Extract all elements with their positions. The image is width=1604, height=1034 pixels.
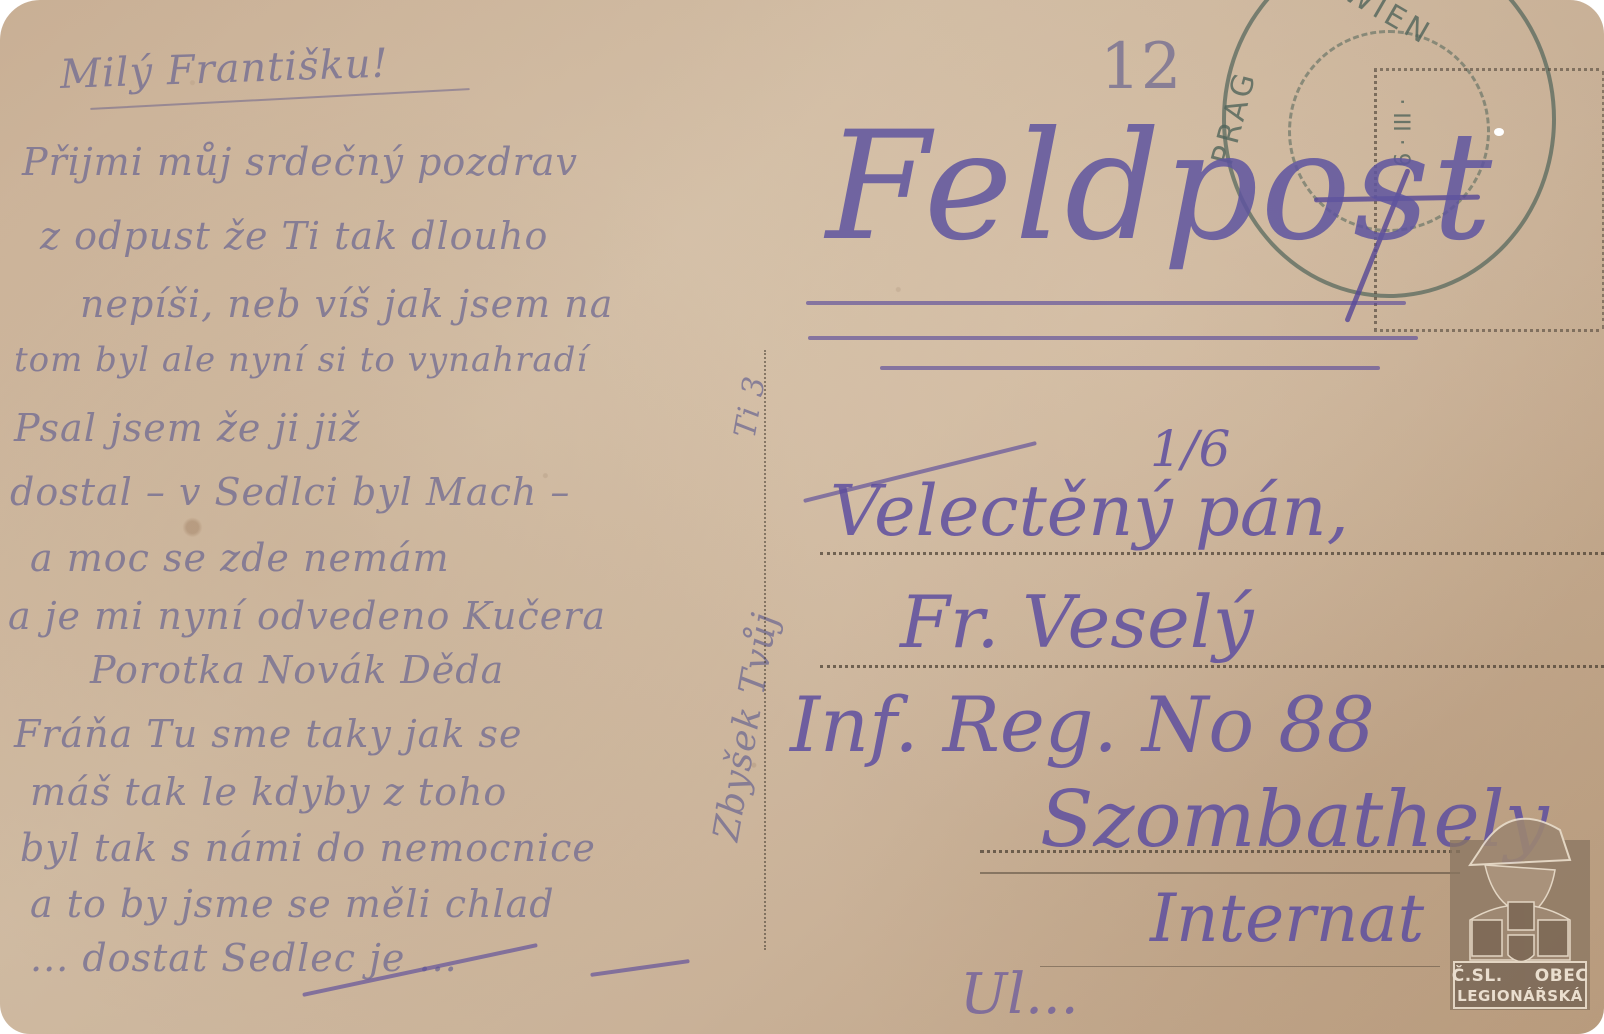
- message-salutation: Milý Františku!: [59, 41, 389, 98]
- postcard: Milý Františku! Přijmi můj srdečný pozdr…: [0, 0, 1604, 1034]
- feldpost-underline-2: [808, 336, 1418, 340]
- message-line: Přijmi můj srdečný pozdrav: [22, 140, 578, 184]
- pencil-stroke: [590, 959, 690, 977]
- message-line: a to by jsme se měli chlad: [30, 882, 555, 926]
- message-line: nepíši, neb víš jak jsem na: [80, 282, 613, 326]
- corner-number: 12: [1100, 30, 1181, 104]
- recipient-title: Velectěný pán,: [830, 470, 1349, 552]
- address-line-1: [820, 552, 1604, 555]
- side-number: Ti 3: [728, 373, 773, 440]
- message-line: byl tak s námi do nemocnice: [20, 826, 596, 870]
- logo-text-obec: OBEC: [1535, 966, 1589, 986]
- address-line-2: [820, 665, 1604, 668]
- message-line: Porotka Novák Děda: [90, 648, 504, 692]
- logo-text-csl: Č.SL.: [1452, 966, 1503, 986]
- regiment: Inf. Reg. No 88: [790, 680, 1375, 769]
- divider-line: [764, 350, 766, 950]
- message-line: Psal jsem že ji již: [14, 406, 360, 450]
- recipient-name: Fr. Veselý: [900, 580, 1254, 664]
- message-line: z odpust že Ti tak dlouho: [40, 214, 548, 258]
- logo-text-line2: LEGIONÁŘSKÁ: [1450, 987, 1590, 1005]
- unit: Internat: [1150, 880, 1424, 957]
- message-line: a moc se zde nemám: [30, 536, 450, 580]
- message-line: dostal – v Sedlci byl Mach –: [10, 470, 570, 514]
- message-line: a je mi nyní odvedeno Kučera: [8, 594, 606, 638]
- message-line: máš tak le kdyby z toho: [30, 770, 507, 814]
- address-line-4: [1040, 966, 1440, 967]
- address-line-3b: [980, 872, 1460, 874]
- feldpost-underline-3: [880, 366, 1380, 370]
- message-line: tom byl ale nyní si to vynahradí: [14, 340, 588, 380]
- message-line: Fráňa Tu sme taky jak se: [14, 712, 522, 756]
- address-extra: Ul...: [960, 962, 1079, 1027]
- vertical-signature: Zbyšek Tvůj: [706, 609, 787, 844]
- legion-logo-watermark: Č.SL. OBEC LEGIONÁŘSKÁ: [1450, 790, 1590, 1010]
- feldpost-underline-1: [806, 301, 1406, 305]
- logo-text-line1: Č.SL. OBEC: [1450, 966, 1590, 986]
- feldpost-header: Feldpost: [826, 100, 1494, 274]
- paper-hole: [1494, 128, 1504, 136]
